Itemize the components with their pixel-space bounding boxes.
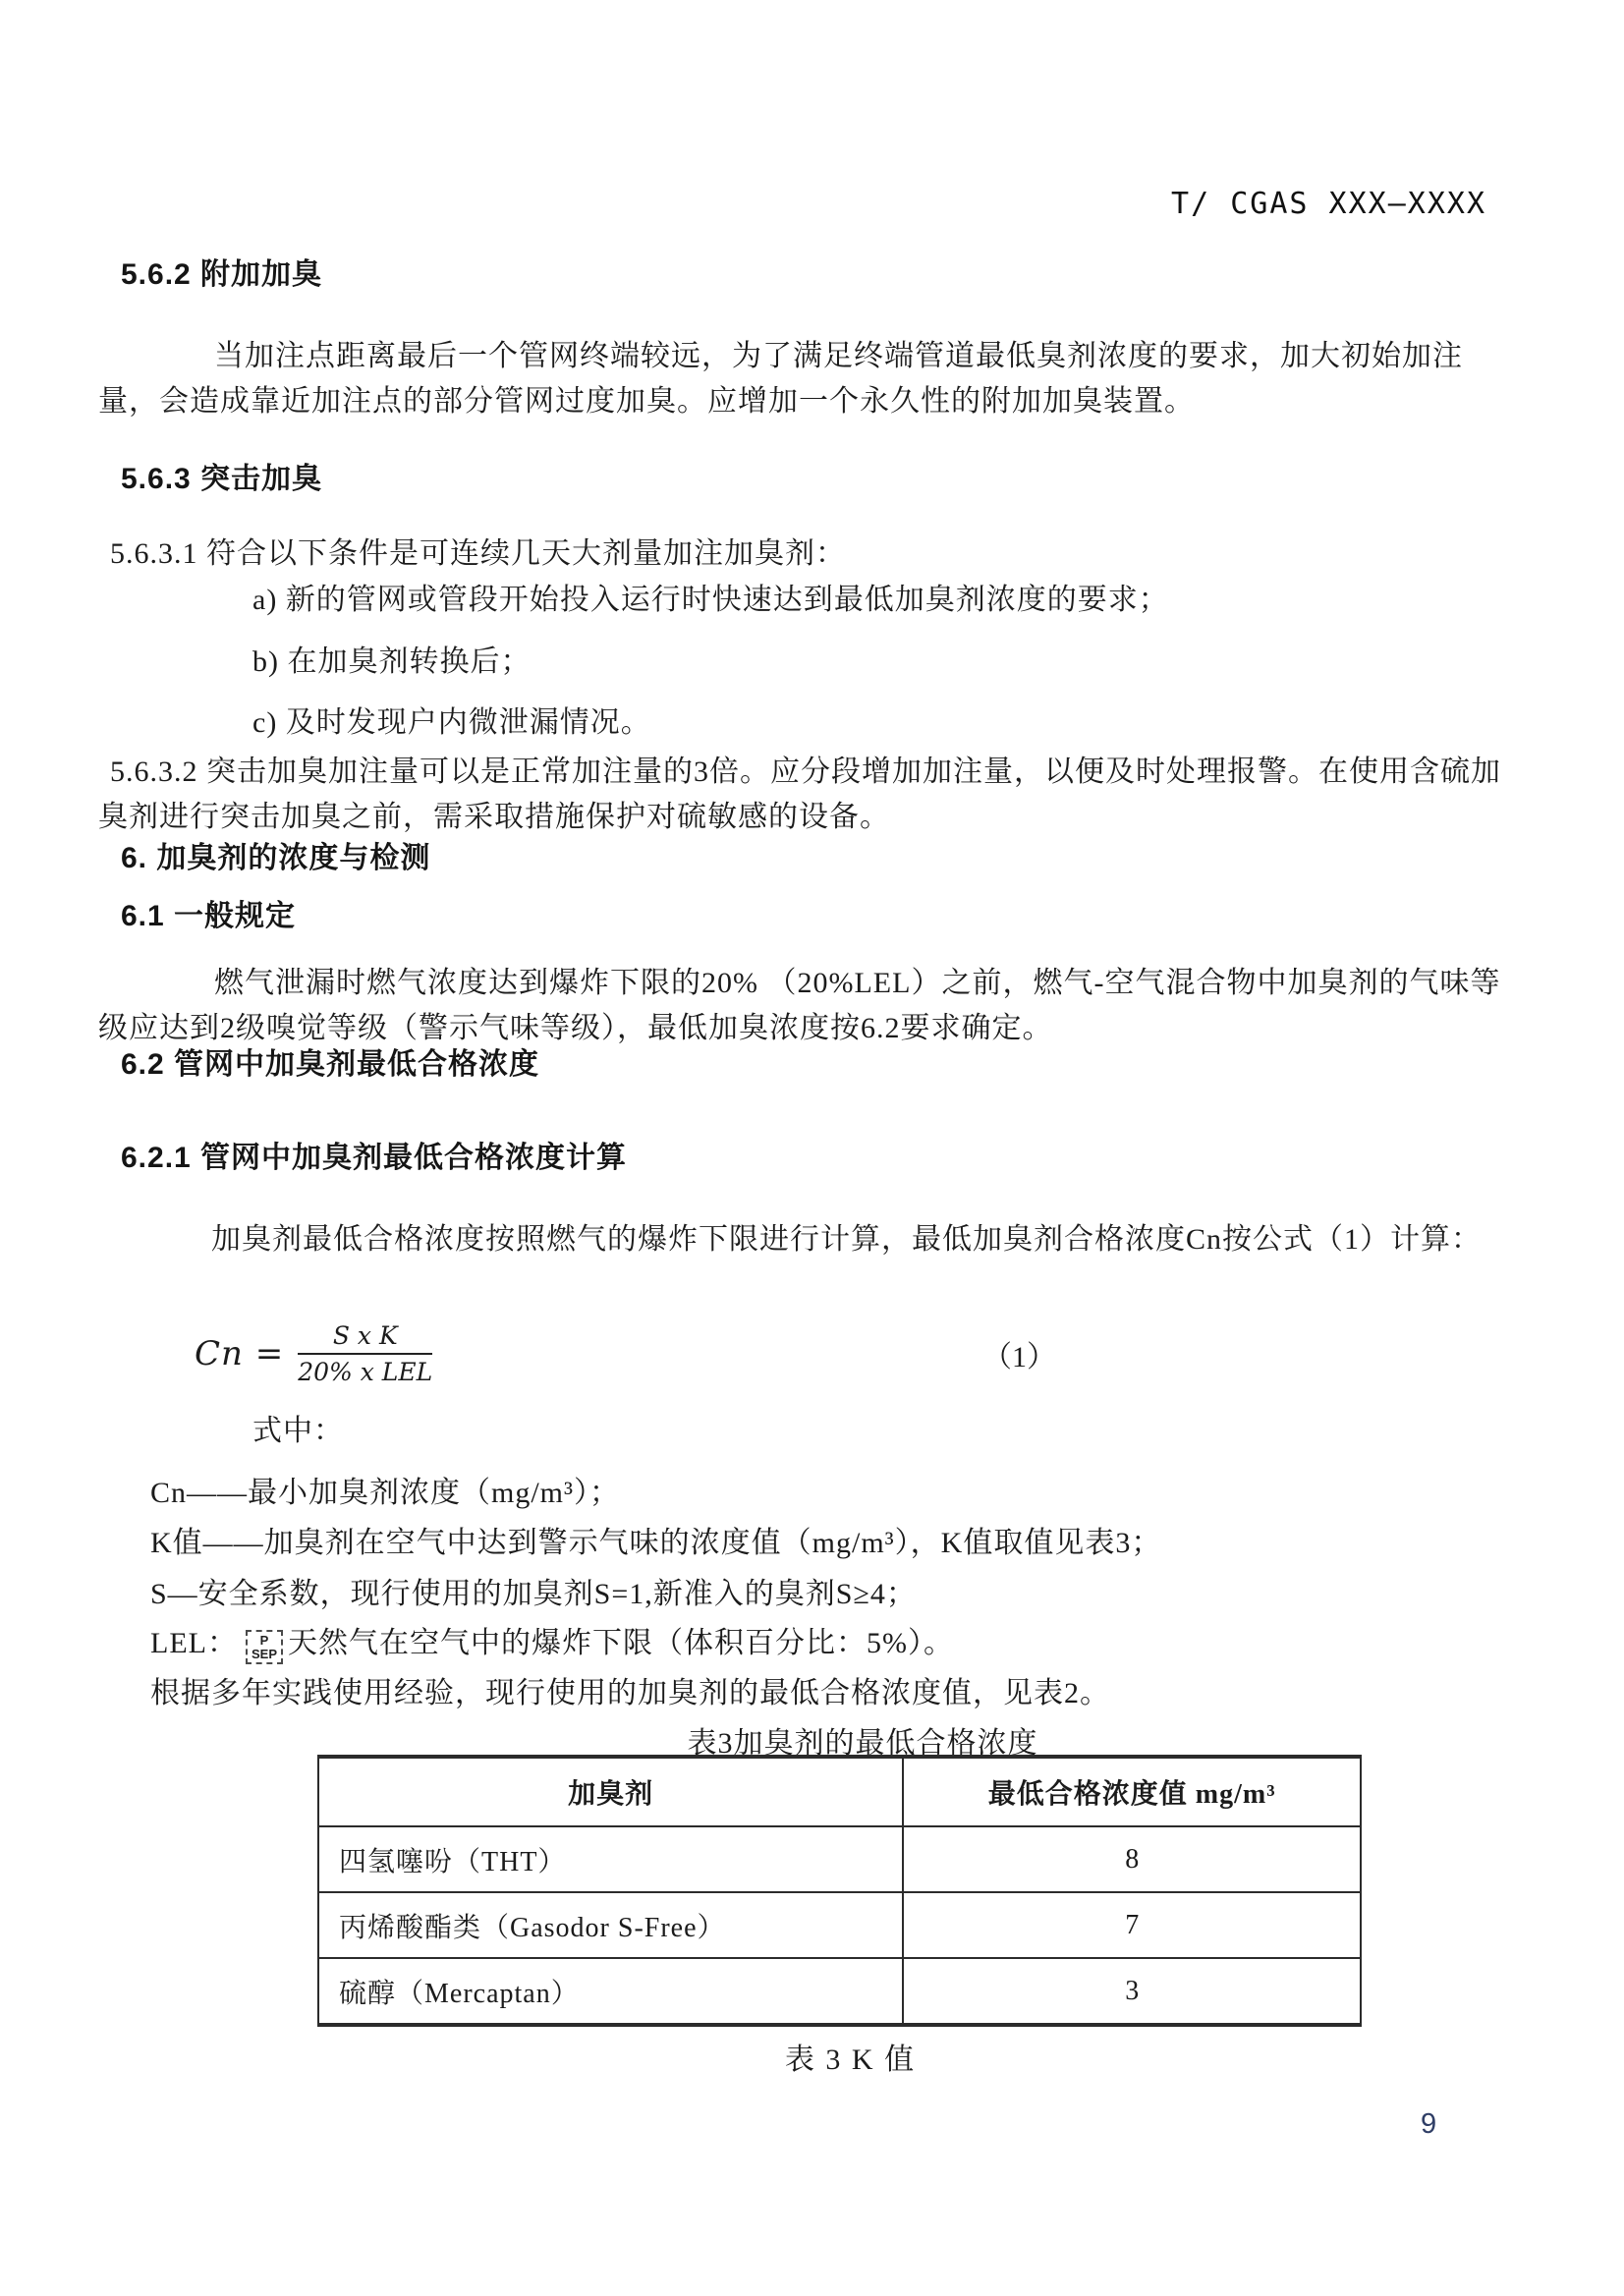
paragraph-experience: 根据多年实践使用经验，现行使用的加臭剂的最低合格浓度值，见表2。	[150, 1671, 1110, 1716]
odorant-value: 7	[903, 1892, 1361, 1958]
formula-number-label: （1）	[982, 1332, 1056, 1375]
paragraph-6-2-1: 加臭剂最低合格浓度按照燃气的爆炸下限进行计算，最低加臭剂合格浓度Cn按公式（1）…	[98, 1217, 1501, 1262]
table-row: 硫醇（Mercaptan） 3	[318, 1958, 1361, 2025]
sep-marker-top: P	[252, 1634, 277, 1648]
table-header-row: 加臭剂 最低合格浓度值 mg/m³	[318, 1757, 1361, 1826]
document-code: T/ CGAS XXX—XXXX	[1171, 187, 1486, 221]
list-item-b: b) 在加臭剂转换后；	[252, 640, 532, 685]
list-item-c: c) 及时发现户内微泄漏情况。	[252, 700, 651, 746]
formula-lhs: Cn =	[195, 1334, 284, 1373]
odorant-name: 四氢噻吩（THT）	[318, 1826, 903, 1892]
formula-fraction: S x K 20% x LEL	[298, 1322, 432, 1386]
heading-6-1: 6.1 一般规定	[121, 897, 296, 936]
formula-numerator: S x K	[298, 1322, 432, 1355]
heading-6-2: 6.2 管网中加臭剂最低合格浓度	[121, 1045, 539, 1085]
formula-denominator: 20% x LEL	[298, 1355, 432, 1386]
paragraph-5-6-3-1: 5.6.3.1 符合以下条件是可连续几天大剂量加注加臭剂：	[98, 532, 1501, 577]
sep-marker-bottom: SEP	[252, 1648, 277, 1661]
page-number: 9	[1421, 2108, 1436, 2141]
definition-cn: Cn——最小加臭剂浓度（mg/m³）；	[150, 1472, 620, 1515]
heading-5-6-2: 5.6.2 附加加臭	[121, 255, 322, 295]
list-item-a: a) 新的管网或管段开始投入运行时快速达到最低加臭剂浓度的要求；	[252, 578, 1169, 623]
heading-5-6-3: 5.6.3 突击加臭	[121, 460, 322, 499]
paragraph-5-6-3-2: 5.6.3.2 突击加臭加注量可以是正常加注量的3倍。应分段增加加注量，以便及时…	[98, 750, 1501, 840]
table-row: 四氢噻吩（THT） 8	[318, 1826, 1361, 1892]
table-row: 丙烯酸酯类（Gasodor S-Free） 7	[318, 1892, 1361, 1958]
definition-lel-text: 天然气在空气中的爆炸下限（体积百分比：5%）。	[288, 1627, 954, 1659]
odorant-name: 丙烯酸酯类（Gasodor S-Free）	[318, 1892, 903, 1958]
table-min-qualified-concentration: 加臭剂 最低合格浓度值 mg/m³ 四氢噻吩（THT） 8 丙烯酸酯类（Gaso…	[317, 1755, 1362, 2027]
paragraph-6-1: 燃气泄漏时燃气浓度达到爆炸下限的20% （20%LEL）之前，燃气-空气混合物中…	[98, 961, 1501, 1051]
table-caption: 表 3 K 值	[317, 2035, 1383, 2078]
odorant-value: 8	[903, 1826, 1361, 1892]
paragraph-5-6-2: 当加注点距离最后一个管网终端较远，为了满足终端管道最低臭剂浓度的要求，加大初始加…	[98, 334, 1501, 424]
sep-field-marker-icon: PSEP	[246, 1630, 283, 1664]
odorant-name: 硫醇（Mercaptan）	[318, 1958, 903, 2025]
definition-lel: LEL：PSEP天然气在空气中的爆炸下限（体积百分比：5%）。	[150, 1622, 954, 1665]
odorant-value: 3	[903, 1958, 1361, 2025]
heading-6: 6. 加臭剂的浓度与检测	[121, 839, 430, 878]
definition-lel-prefix: LEL：	[150, 1627, 238, 1659]
heading-6-2-1: 6.2.1 管网中加臭剂最低合格浓度计算	[121, 1139, 627, 1178]
document-page: T/ CGAS XXX—XXXX 5.6.2 附加加臭 当加注点距离最后一个管网…	[0, 0, 1624, 2296]
where-label: 式中：	[252, 1409, 344, 1454]
table-header-odorant: 加臭剂	[318, 1757, 903, 1826]
formula-1: Cn = S x K 20% x LEL	[195, 1309, 432, 1399]
definition-s: S—安全系数，现行使用的加臭剂S=1,新准入的臭剂S≥4；	[150, 1573, 917, 1616]
definition-k: K值——加臭剂在空气中达到警示气味的浓度值（mg/m³），K值取值见表3；	[150, 1522, 1161, 1565]
table-header-value: 最低合格浓度值 mg/m³	[903, 1757, 1361, 1826]
